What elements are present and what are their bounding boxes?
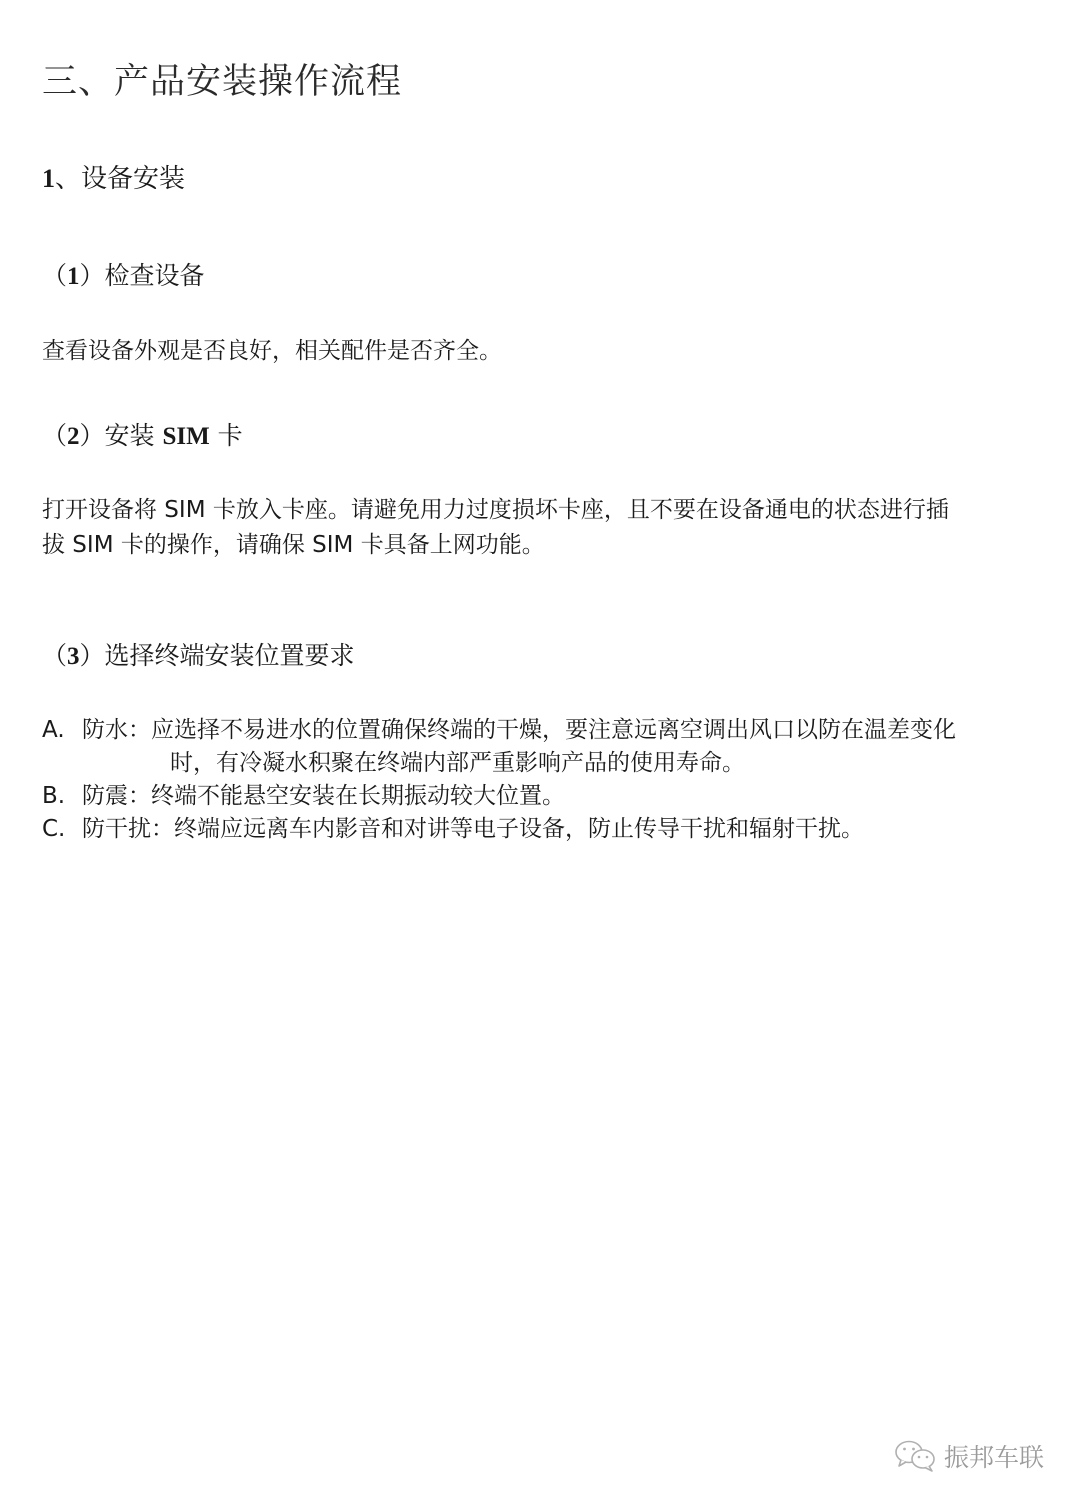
- paren-close: ）: [80, 421, 105, 450]
- subsection-label: 选择终端安装位置要求: [105, 641, 355, 670]
- section-number: 1: [42, 164, 55, 193]
- list-item-body: 防干扰：终端应远离车内影音和对讲等电子设备，防止传导干扰和辐射干扰。: [82, 813, 864, 846]
- paragraph-line: 拔 SIM 卡的操作，请确保 SIM 卡具备上网功能。: [42, 528, 949, 563]
- paragraph-install-sim: 打开设备将 SIM 卡放入卡座。请避免用力过度损坏卡座，且不要在设备通电的状态进…: [42, 493, 949, 563]
- list-item-anti-interference: C. 防干扰：终端应远离车内影音和对讲等电子设备，防止传导干扰和辐射干扰。: [42, 813, 956, 846]
- page-title: 三、产品安装操作流程: [42, 54, 402, 104]
- list-item-body: 防震：终端不能悬空安装在长期振动较大位置。: [82, 780, 565, 813]
- list-item-line: 防水：应选择不易进水的位置确保终端的干燥，要注意远离空调出风口以防在温差变化: [82, 717, 956, 743]
- subsection-number: 1: [67, 263, 80, 290]
- paren-open: （: [42, 261, 67, 290]
- section-separator: 、: [55, 164, 81, 194]
- paren-open: （: [42, 641, 67, 670]
- wechat-icon: [894, 1439, 938, 1473]
- subsection-label-sim: SIM: [162, 423, 209, 450]
- list-marker: C.: [42, 813, 82, 846]
- paren-close: ）: [80, 641, 105, 670]
- subsection-label: 检查设备: [105, 261, 205, 290]
- paragraph-line: 打开设备将 SIM 卡放入卡座。请避免用力过度损坏卡座，且不要在设备通电的状态进…: [42, 493, 949, 528]
- list-marker: B.: [42, 780, 82, 813]
- subsection-label-post: 卡: [210, 421, 243, 450]
- watermark-text: 振邦车联: [944, 1438, 1044, 1474]
- paren-close: ）: [80, 261, 105, 290]
- list-item-body: 防水：应选择不易进水的位置确保终端的干燥，要注意远离空调出风口以防在温差变化 时…: [82, 714, 956, 780]
- document-page: 三、产品安装操作流程 1、设备安装 （1）检查设备 查看设备外观是否良好，相关配…: [0, 0, 1080, 1505]
- subsection-label-pre: 安装: [105, 421, 163, 450]
- section-label: 设备安装: [81, 164, 185, 194]
- paren-open: （: [42, 421, 67, 450]
- list-marker: A.: [42, 714, 82, 780]
- subsection-heading-1: （1）检查设备: [42, 256, 205, 292]
- requirements-list: A. 防水：应选择不易进水的位置确保终端的干燥，要注意远离空调出风口以防在温差变…: [42, 714, 956, 846]
- list-item-shockproof: B. 防震：终端不能悬空安装在长期振动较大位置。: [42, 780, 956, 813]
- section-heading-1: 1、设备安装: [42, 158, 185, 195]
- list-item-waterproof: A. 防水：应选择不易进水的位置确保终端的干燥，要注意远离空调出风口以防在温差变…: [42, 714, 956, 780]
- paragraph-check-device: 查看设备外观是否良好，相关配件是否齐全。: [42, 334, 502, 369]
- watermark: 振邦车联: [894, 1438, 1044, 1474]
- subsection-heading-2: （2）安装 SIM 卡: [42, 416, 243, 452]
- subsection-number: 2: [67, 423, 80, 450]
- subsection-number: 3: [67, 643, 80, 670]
- list-item-line-continued: 时，有冷凝水积聚在终端内部严重影响产品的使用寿命。: [82, 747, 956, 780]
- subsection-heading-3: （3）选择终端安装位置要求: [42, 636, 355, 672]
